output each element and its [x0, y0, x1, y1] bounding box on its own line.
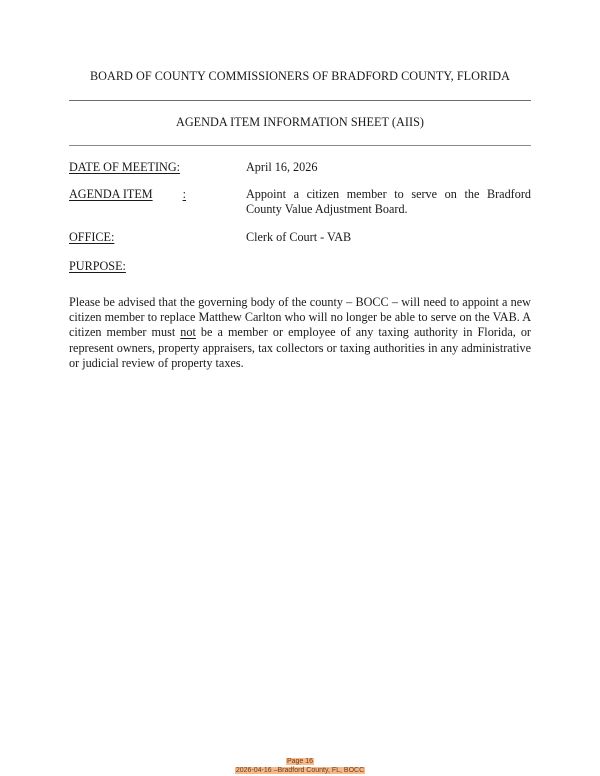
office-value: Clerk of Court - VAB — [246, 230, 531, 245]
org-heading: BOARD OF COUNTY COMMISSIONERS OF BRADFOR… — [69, 69, 531, 84]
office-label: OFFICE: — [69, 230, 114, 245]
divider-bottom — [69, 145, 531, 146]
agenda-item-label: AGENDA ITEM: — [69, 187, 186, 202]
purpose-paragraph: Please be advised that the governing bod… — [69, 295, 531, 371]
footer-stamp: 2026-04-16 –Bradford County, FL, BOCC — [0, 767, 600, 775]
purpose-emphasis: not — [180, 325, 196, 339]
divider-top — [69, 100, 531, 101]
document-page: BOARD OF COUNTY COMMISSIONERS OF BRADFOR… — [0, 0, 600, 776]
agenda-item-value: Appoint a citizen member to serve on the… — [246, 187, 531, 217]
sheet-title: AGENDA ITEM INFORMATION SHEET (AIIS) — [69, 115, 531, 130]
date-value: April 16, 2026 — [246, 160, 531, 175]
purpose-label: PURPOSE: — [69, 259, 126, 274]
date-label: DATE OF MEETING: — [69, 160, 180, 175]
footer-page-number: Page 16 — [0, 758, 600, 766]
